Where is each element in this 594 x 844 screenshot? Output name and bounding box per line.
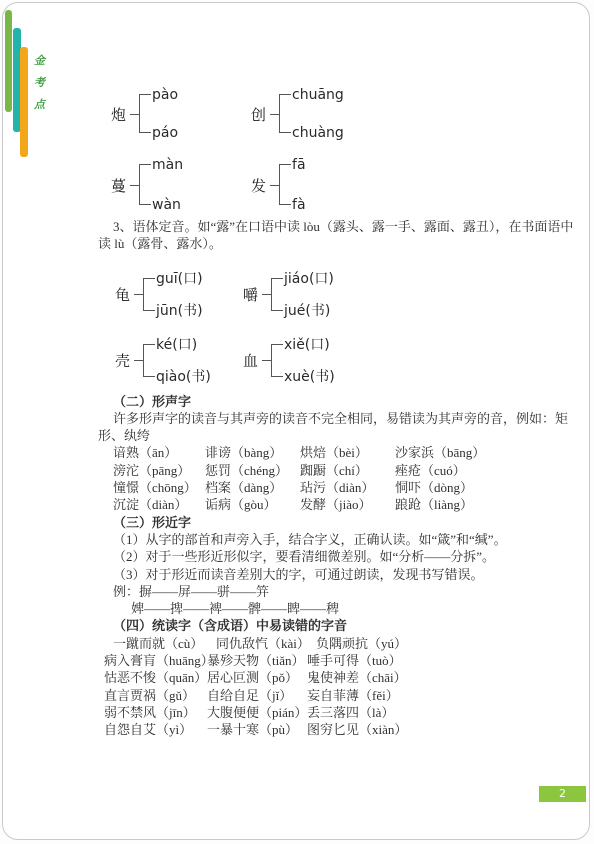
bracket: guī(口) jūn(书) xyxy=(143,271,203,319)
idiom-cell: 暴殄天物（tiǎn） xyxy=(207,652,307,669)
idiom-cell: 大腹便便（pián） xyxy=(207,704,307,721)
bracket-connector xyxy=(134,294,143,295)
bracket-connector xyxy=(130,114,139,115)
idiom-cell: 唾手可得（tuò） xyxy=(307,652,576,669)
bracket: xiě(口) xuè(书) xyxy=(271,337,335,385)
pinyin-reading: jiáo(口) xyxy=(284,271,334,287)
pron-group-chuang: 创 chuāng chuàng xyxy=(251,87,344,141)
word-cell: 恫吓（dòng） xyxy=(395,479,576,496)
idiom-row: 弱不禁风（jīn） 大腹便便（pián） 丢三落四（là） xyxy=(104,704,576,721)
idiom-cell: 图穷匕见（xiàn） xyxy=(307,721,576,738)
pinyin-reading: wàn xyxy=(152,197,183,213)
page-number-badge: 2 xyxy=(539,786,586,802)
section-heading-xingjinzi: （三）形近字 xyxy=(98,514,576,531)
section2-intro: 许多形声字的读音与其声旁的读音不完全相同，易错读为其声旁的音，例如：矩形、纨绔 xyxy=(98,410,576,445)
idiom-row: 自怨自艾（yì） 一暴十寒（pù） 图穷匕见（xiàn） xyxy=(104,721,576,738)
pinyin-reading: ké(口) xyxy=(156,337,211,353)
pron-group-pao: 炮 pào páo xyxy=(111,87,251,141)
pronunciation-row-4: 壳 ké(口) qiào(书) 血 xiě(口) xuè(书) xyxy=(115,337,576,385)
pron-group-jiao: 嚼 jiáo(口) jué(书) xyxy=(243,271,334,319)
word-cell: 沙家浜（bāng） xyxy=(395,444,576,461)
section-heading-tongduzi: （四）统读字（含成语）中易读错的字音 xyxy=(98,617,576,634)
bracket: pào páo xyxy=(139,87,178,141)
pinyin-reading: jué(书) xyxy=(284,303,334,319)
idiom-cell: 自给自足（jǐ） xyxy=(207,687,307,704)
bracket: fā fà xyxy=(279,157,306,213)
word-cell: 痤疮（cuó） xyxy=(395,462,576,479)
section3-point: （3）对于形近而读音差别大的字，可通过朗读，发现书写错误。 xyxy=(98,566,576,583)
pinyin-reading: qiào(书) xyxy=(156,369,211,385)
word-row: 滂沱（pāng） 惩罚（chéng） 踟蹰（chí） 痤疮（cuó） xyxy=(113,462,576,479)
word-cell: 滂沱（pāng） xyxy=(113,462,205,479)
document-page: 金 考 点 炮 pào páo 创 chuāng chuàng xyxy=(2,2,590,840)
brand-bar-green xyxy=(5,10,12,112)
pronunciation-row-1: 炮 pào páo 创 chuāng chuàng xyxy=(111,87,576,141)
brand-bar-yellow xyxy=(20,47,28,157)
word-cell: 档案（dàng） xyxy=(205,479,300,496)
bracket: chuāng chuàng xyxy=(279,87,344,141)
pinyin-reading: xuè(书) xyxy=(284,369,335,385)
section-heading-xingshengzi: （二）形声字 xyxy=(98,393,576,410)
word-cell: 沉淀（diàn） xyxy=(113,496,205,513)
idiom-cell: 直言贾祸（gǔ） xyxy=(104,687,207,704)
idiom-cell: 自怨自艾（yì） xyxy=(104,721,207,738)
word-cell: 憧憬（chōng） xyxy=(113,479,205,496)
idiom-cell: 丢三落四（là） xyxy=(307,704,576,721)
word-cell: 踟蹰（chí） xyxy=(300,462,395,479)
idiom-cell: 负隅顽抗（yú） xyxy=(316,635,576,652)
bracket: ké(口) qiào(书) xyxy=(143,337,211,385)
page-content: 炮 pào páo 创 chuāng chuàng 蔓 xyxy=(98,3,576,739)
hanzi-char: 龟 xyxy=(115,284,130,305)
brand-char: 金 xyxy=(34,52,45,68)
pinyin-reading: chuāng xyxy=(292,87,344,103)
word-cell: 踉跄（liàng） xyxy=(395,496,576,513)
brand-char: 点 xyxy=(34,96,45,112)
pinyin-reading: chuàng xyxy=(292,125,344,141)
pinyin-reading: páo xyxy=(152,125,178,141)
pinyin-reading: màn xyxy=(152,157,183,173)
idiom-row: 怙恶不悛（quān） 居心叵测（pǒ） 鬼使神差（chāi） xyxy=(104,669,576,686)
pinyin-reading: xiě(口) xyxy=(284,337,335,353)
hanzi-char: 嚼 xyxy=(243,284,258,305)
hanzi-char: 壳 xyxy=(115,350,130,371)
pron-group-fa: 发 fā fà xyxy=(251,157,306,213)
pronunciation-row-2: 蔓 màn wàn 发 fā fà xyxy=(111,157,576,213)
section3-example-line: 婢——捭——裨——髀——睥——稗 xyxy=(131,600,576,617)
pron-group-xue: 血 xiě(口) xuè(书) xyxy=(243,337,335,385)
brand-logo-text: 金 考 点 xyxy=(34,52,45,112)
pinyin-reading: jūn(书) xyxy=(156,303,203,319)
bracket-connector xyxy=(262,294,271,295)
para-register-pronunciation: 3、语体定音。如“露”在口语中读 lòu（露头、露一手、露面、露丑），在书面语中… xyxy=(98,218,576,253)
idiom-cell: 一暴十寒（pù） xyxy=(207,721,307,738)
idiom-cell: 鬼使神差（chāi） xyxy=(307,669,576,686)
idiom-cell: 同仇敌忾（kài） xyxy=(216,635,316,652)
pron-group-ke: 壳 ké(口) qiào(书) xyxy=(115,337,243,385)
idiom-row: 病入膏肓（huāng） 暴殄天物（tiǎn） 唾手可得（tuò） xyxy=(104,652,576,669)
word-cell: 烘焙（bèi） xyxy=(300,444,395,461)
pronunciation-row-3: 龟 guī(口) jūn(书) 嚼 jiáo(口) jué(书) xyxy=(115,271,576,319)
word-cell: 谙熟（ān） xyxy=(113,444,205,461)
idiom-cell: 弱不禁风（jīn） xyxy=(104,704,207,721)
word-cell: 诽谤（bàng） xyxy=(205,444,300,461)
word-cell: 发酵（jiào） xyxy=(300,496,395,513)
section3-point: （2）对于一些形近形似字，要看清细微差别。如“分析——分拆”。 xyxy=(98,548,576,565)
bracket-connector xyxy=(270,114,279,115)
bracket: jiáo(口) jué(书) xyxy=(271,271,334,319)
pinyin-reading: pào xyxy=(152,87,178,103)
hanzi-char: 发 xyxy=(251,175,266,196)
word-row: 沉淀（diàn） 诟病（gòu） 发酵（jiào） 踉跄（liàng） xyxy=(113,496,576,513)
bracket: màn wàn xyxy=(139,157,183,213)
idiom-cell: 妄自菲薄（fěi） xyxy=(307,687,576,704)
word-row: 谙熟（ān） 诽谤（bàng） 烘焙（bèi） 沙家浜（bāng） xyxy=(113,444,576,461)
idiom-cell: 居心叵测（pǒ） xyxy=(207,669,307,686)
idiom-cell: 一蹴而就（cù） xyxy=(113,635,216,652)
word-row: 憧憬（chōng） 档案（dàng） 玷污（diàn） 恫吓（dòng） xyxy=(113,479,576,496)
word-cell: 诟病（gòu） xyxy=(205,496,300,513)
idiom-cell: 怙恶不悛（quān） xyxy=(104,669,207,686)
bracket-connector xyxy=(262,360,271,361)
hanzi-char: 炮 xyxy=(111,104,126,125)
idiom-row: 直言贾祸（gǔ） 自给自足（jǐ） 妄自菲薄（fěi） xyxy=(104,687,576,704)
section3-point: （1）从字的部首和声旁入手，结合字义，正确认读。如“箴”和“缄”。 xyxy=(98,531,576,548)
pron-group-gui: 龟 guī(口) jūn(书) xyxy=(115,271,243,319)
word-cell: 惩罚（chéng） xyxy=(205,462,300,479)
pinyin-reading: guī(口) xyxy=(156,271,203,287)
bracket-connector xyxy=(134,360,143,361)
section3-example-line: 例：摒——屏——骈——笄 xyxy=(98,583,576,600)
hanzi-char: 血 xyxy=(243,350,258,371)
idiom-cell: 病入膏肓（huāng） xyxy=(104,652,207,669)
hanzi-char: 蔓 xyxy=(111,175,126,196)
brand-char: 考 xyxy=(34,74,45,90)
pron-group-man: 蔓 màn wàn xyxy=(111,157,251,213)
bracket-connector xyxy=(130,185,139,186)
bracket-connector xyxy=(270,185,279,186)
hanzi-char: 创 xyxy=(251,104,266,125)
word-cell: 玷污（diàn） xyxy=(300,479,395,496)
pinyin-reading: fà xyxy=(292,197,306,213)
idiom-row: 一蹴而就（cù） 同仇敌忾（kài） 负隅顽抗（yú） xyxy=(113,635,576,652)
pinyin-reading: fā xyxy=(292,157,306,173)
